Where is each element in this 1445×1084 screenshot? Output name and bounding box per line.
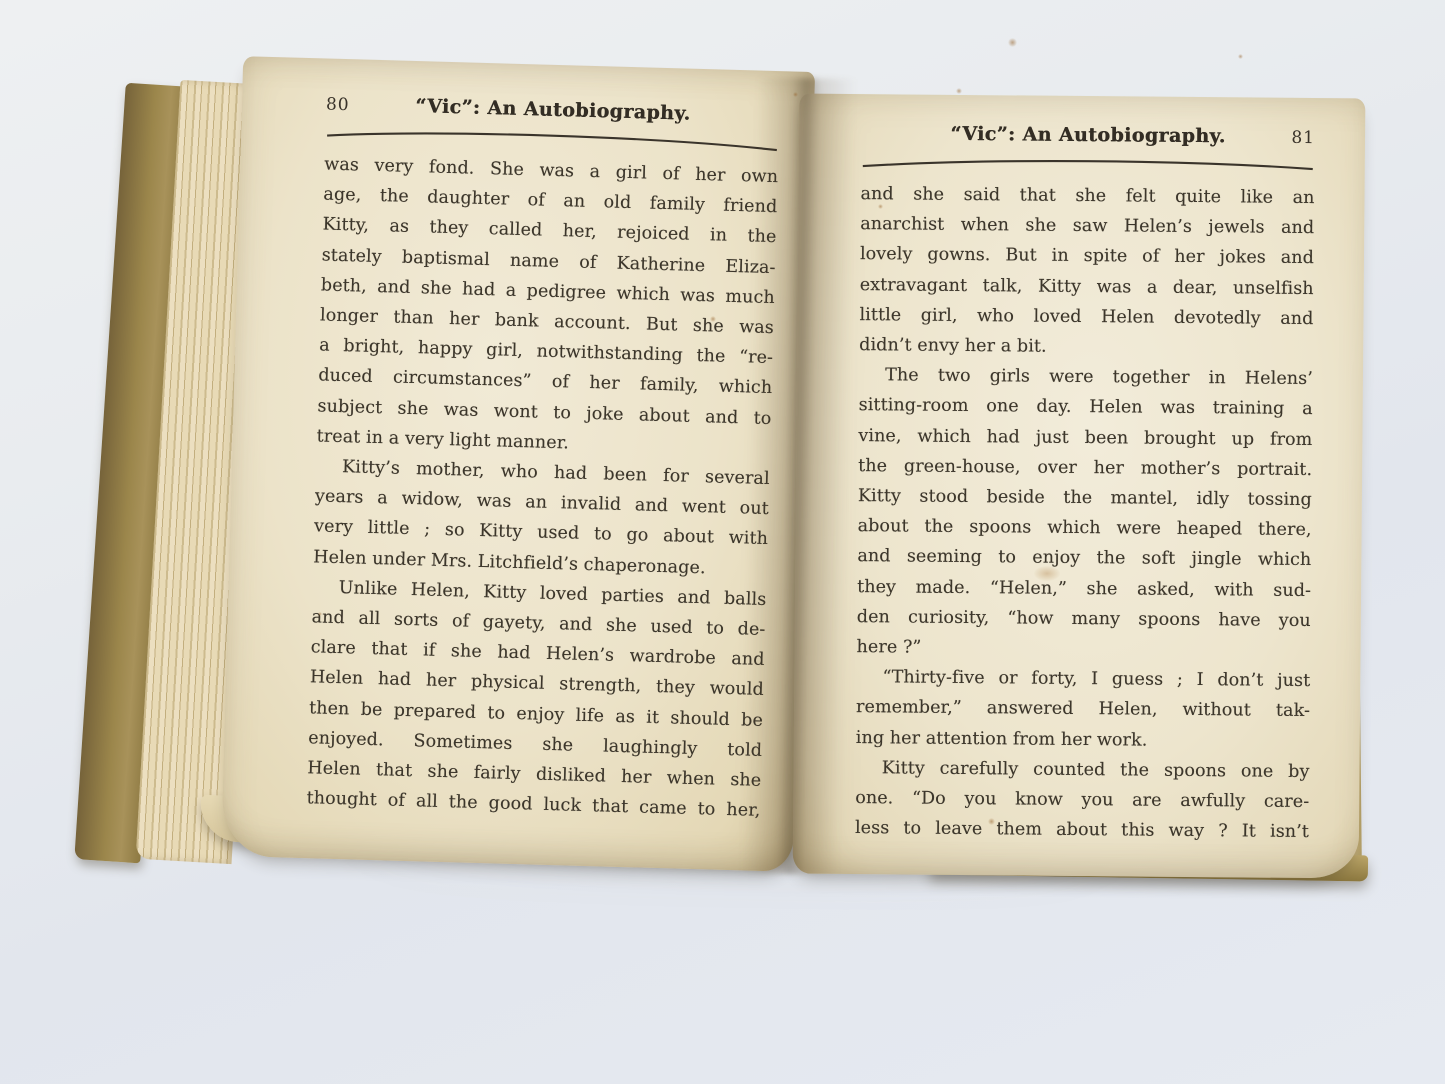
text-line: den curiosity, “how many spoons have you	[857, 602, 1311, 636]
right-page-text: and she said that she felt quite like an…	[855, 179, 1315, 847]
text-line: little girl, who loved Helen devotedly a…	[859, 300, 1313, 334]
text-line: didn’t envy her a bit.	[859, 330, 1313, 364]
foxing-spot	[956, 88, 962, 94]
text-line: The two girls were together in Helens’	[859, 360, 1313, 394]
right-running-head: “Vic”: An Autobiography. 81	[861, 122, 1315, 156]
text-line: here ?”	[856, 632, 1310, 666]
left-page-text: was very fond. She was a girl of her own…	[306, 149, 778, 826]
left-page-content: 80 “Vic”: An Autobiography. was very fon…	[220, 56, 815, 906]
running-header-title: “Vic”: An Autobiography.	[370, 94, 736, 126]
text-line: Kitty carefully counted the spoons one b…	[855, 753, 1309, 787]
foxing-spot	[1238, 54, 1243, 59]
text-line: they made. “Helen,” she asked, with sud-	[857, 572, 1311, 606]
text-line: anarchist when she saw Helen’s jewels an…	[860, 209, 1314, 243]
text-line: “Thirty-five or forty, I guess ; I don’t…	[856, 662, 1310, 696]
left-page: 80 “Vic”: An Autobiography. was very fon…	[221, 56, 815, 872]
foxing-spot	[1008, 38, 1017, 47]
running-header-title: “Vic”: An Autobiography.	[905, 122, 1271, 147]
text-line: remember,” answered Helen, without tak-	[856, 693, 1310, 727]
right-page: “Vic”: An Autobiography. 81 and she said…	[793, 94, 1366, 879]
header-rule	[861, 156, 1315, 174]
text-line: lovely gowns. But in spite of her jokes …	[860, 239, 1314, 273]
text-line: and she said that she felt quite like an	[860, 179, 1314, 213]
text-line: about the spoons which were heaped there…	[858, 511, 1312, 545]
text-line: extravagant talk, Kitty was a dear, unse…	[860, 270, 1314, 304]
right-page-number: 81	[1271, 128, 1315, 148]
photograph-background: 80 “Vic”: An Autobiography. was very fon…	[0, 0, 1445, 1084]
text-line: one. “Do you know you are awfully care-	[855, 783, 1309, 817]
head-spacer	[736, 121, 780, 122]
text-line: Kitty stood beside the mantel, idly toss…	[858, 481, 1312, 515]
left-page-number: 80	[326, 95, 371, 116]
text-line: the green-house, over her mother’s portr…	[858, 451, 1312, 485]
text-line: less to leave them about this way ? It i…	[855, 813, 1309, 847]
text-line: ing her attention from her work.	[856, 723, 1310, 757]
right-page-content: “Vic”: An Autobiography. 81 and she said…	[792, 94, 1365, 907]
text-line: sitting-room one day. Helen was training…	[859, 390, 1313, 424]
text-line: and seeming to enjoy the soft jingle whi…	[857, 542, 1311, 576]
text-line: vine, which had just been brought up fro…	[858, 421, 1312, 455]
